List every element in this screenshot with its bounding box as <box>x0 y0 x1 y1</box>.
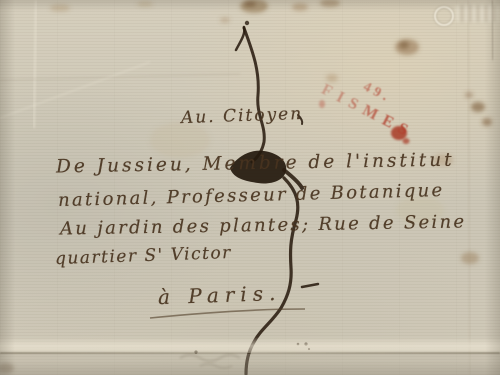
address-line-4: quartier S' Victor <box>55 243 232 269</box>
bottom-paper-flap <box>0 354 500 375</box>
bottom-fold-edge <box>0 352 500 354</box>
address-line-2: national, Professeur de Botanique <box>58 180 445 211</box>
address-line-3: Au jardin des plantes; Rue de Seine <box>60 211 467 239</box>
destination-underline <box>150 309 305 318</box>
salutation-line: Au. Citoyen <box>181 104 304 128</box>
bottom-ink-specks <box>180 342 310 368</box>
address-line-1: De Jussieu, Membre de l'institut <box>56 150 455 178</box>
postmark-stamp: 49. FISMES <box>297 52 448 154</box>
blurred-watermark-text <box>456 5 498 22</box>
swirl-watermark-icon <box>434 6 454 26</box>
photo-count-watermark <box>428 2 500 26</box>
letter-photograph: Au. Citoyen De Jussieu, Membre de l'inst… <box>0 0 500 375</box>
bottom-fold-highlight <box>0 337 500 353</box>
destination-line: à Paris. <box>158 281 282 309</box>
